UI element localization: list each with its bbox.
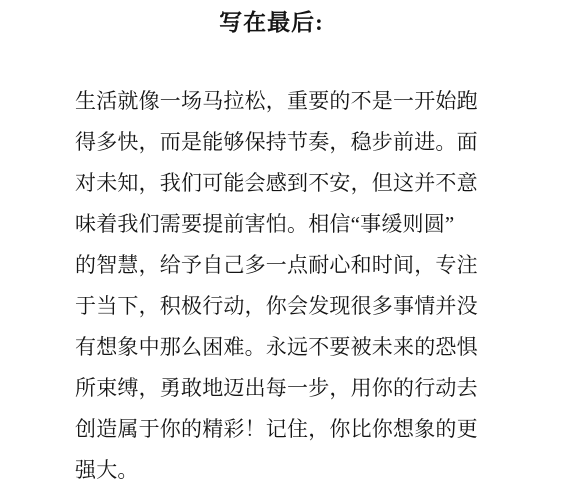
paragraph-line: 对未知，我们可能会感到不安，但这并不意 xyxy=(75,163,505,204)
paragraph-line: 生活就像一场马拉松，重要的不是一开始跑 xyxy=(75,81,505,122)
document-page: 写在最后: 生活就像一场马拉松，重要的不是一开始跑 得多快，而是能够保持节奏，稳… xyxy=(0,0,571,503)
paragraph-line: 强大。 xyxy=(75,450,505,491)
paragraph-line: 于当下，积极行动，你会发现很多事情并没 xyxy=(75,286,505,327)
paragraph-line: 创造属于你的精彩！记住，你比你想象的更 xyxy=(75,409,505,450)
paragraph-line: 得多快，而是能够保持节奏，稳步前进。面 xyxy=(75,122,505,163)
page-title: 写在最后: xyxy=(0,0,571,37)
paragraph-line: 有想象中那么困难。永远不要被未来的恐惧 xyxy=(75,327,505,368)
paragraph-line: 所束缚，勇敢地迈出每一步，用你的行动去 xyxy=(75,368,505,409)
paragraph-line: 味着我们需要提前害怕。相信“事缓则圆” xyxy=(75,204,505,245)
paragraph: 生活就像一场马拉松，重要的不是一开始跑 得多快，而是能够保持节奏，稳步前进。面 … xyxy=(75,81,505,491)
paragraph-line: 的智慧，给予自己多一点耐心和时间，专注 xyxy=(75,245,505,286)
